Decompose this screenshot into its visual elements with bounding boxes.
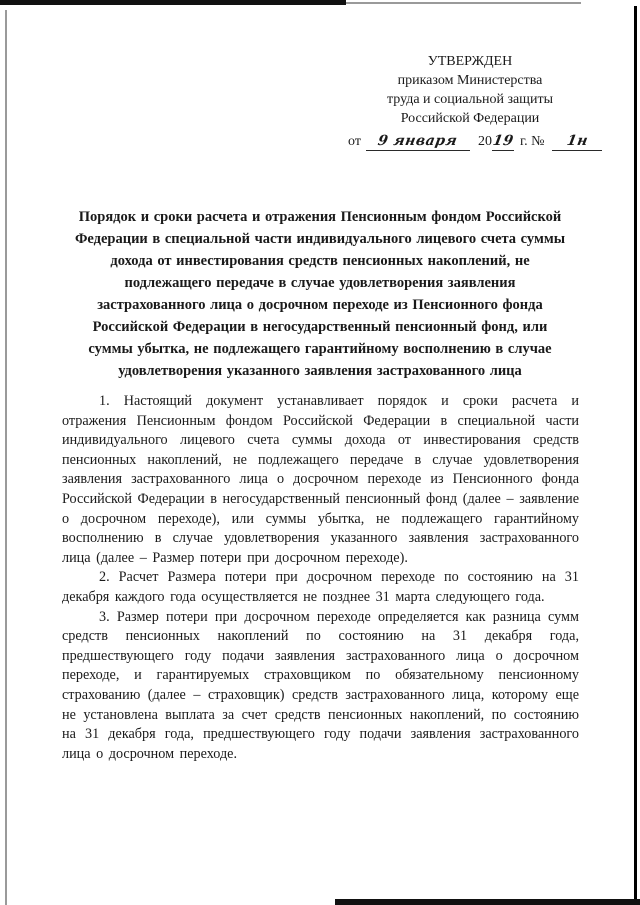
approval-line-ministry: труда и социальной защиты [348,90,592,109]
scan-artifact-bottom-gray [335,899,375,902]
paragraph-1: 1. Настоящий документ устанавливает поря… [62,392,579,568]
scan-artifact-top-bar [0,0,346,5]
approval-line-federation: Российской Федерации [348,109,592,128]
handwritten-date-value: 9 января [377,133,459,149]
scan-artifact-bottom-bar [335,899,640,905]
approval-stamp-block: УТВЕРЖДЕН приказом Министерства труда и … [348,52,592,151]
year-century-label: 20 [478,132,492,151]
handwritten-date-field: 9 января [366,133,470,151]
handwritten-year-field: 19 [492,133,514,151]
approval-date-line: от 9 января 20 19 г. № 1н [348,132,592,151]
date-prefix-label: от [348,132,361,151]
scan-artifact-left-line [5,10,7,905]
paragraph-3: 3. Размер потери при досрочном переходе … [62,608,579,765]
paragraph-2: 2. Расчет Размера потери при досрочном п… [62,568,579,607]
number-sign-label: г. № [520,132,545,151]
scan-artifact-right-line [634,6,637,905]
document-title: Порядок и сроки расчета и отражения Пенс… [72,206,568,382]
document-body: 1. Настоящий документ устанавливает поря… [62,392,579,764]
handwritten-number-value: 1н [566,133,590,149]
handwritten-year-value: 19 [491,133,514,149]
approval-line-approved: УТВЕРЖДЕН [348,52,592,71]
handwritten-number-field: 1н [552,133,602,151]
scan-artifact-top-gray [346,2,581,4]
approval-line-by-order: приказом Министерства [348,71,592,90]
